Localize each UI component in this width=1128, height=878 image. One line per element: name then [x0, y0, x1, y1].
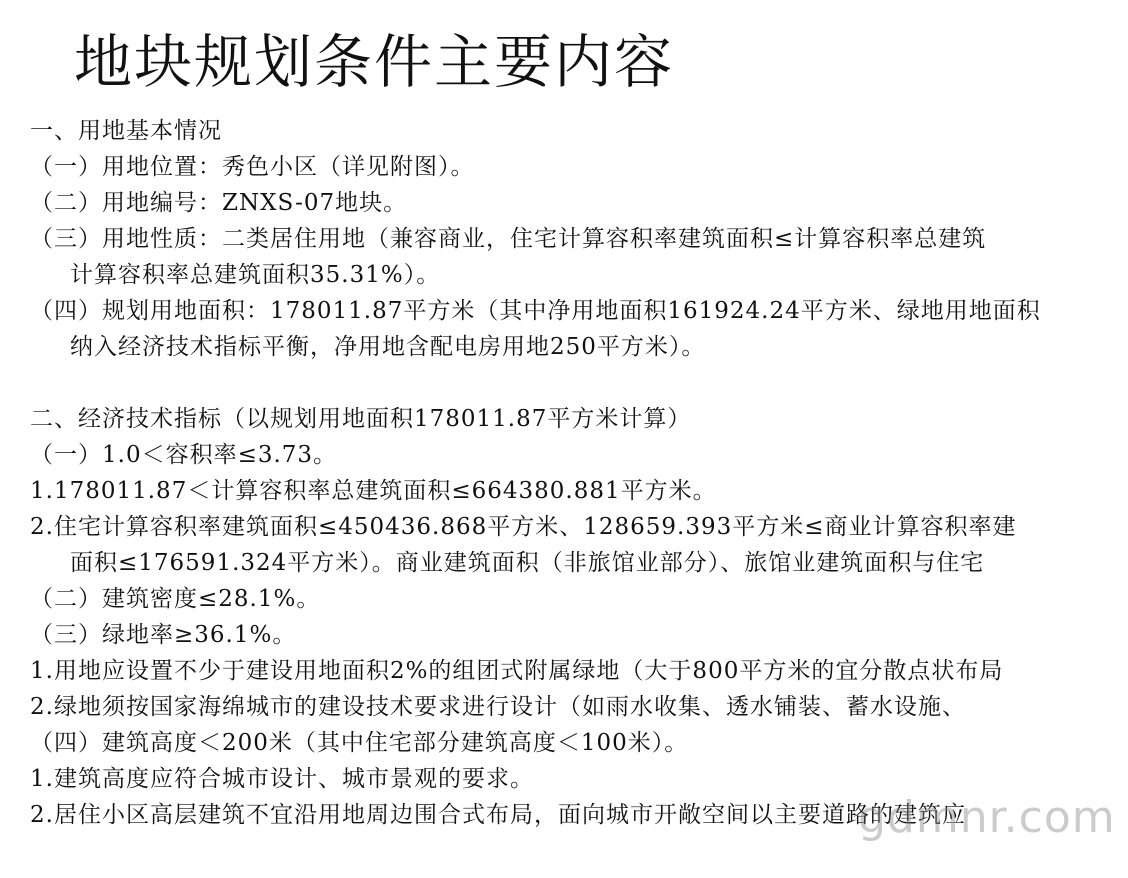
building-density: （二）建筑密度≤28.1%。: [30, 581, 1128, 617]
green-space-item-2: 2.绿地须按国家海绵城市的建设技术要求进行设计（如雨水收集、透水铺装、蓄水设施、: [30, 689, 1128, 725]
land-code: （二）用地编号：ZNXS-07地块。: [30, 185, 1128, 221]
land-location: （一）用地位置：秀色小区（详见附图）。: [30, 149, 1128, 185]
building-height: （四）建筑高度＜200米（其中住宅部分建筑高度＜100米）。: [30, 725, 1128, 761]
green-space-item-1: 1.用地应设置不少于建设用地面积2%的组团式附属绿地（大于800平方米的宜分散点…: [30, 653, 1128, 689]
green-ratio: （三）绿地率≥36.1%。: [30, 617, 1128, 653]
watermark: gdmnr.com: [858, 792, 1116, 843]
section-heading-economic-indicators: 二、经济技术指标（以规划用地面积178011.87平方米计算）: [30, 401, 1128, 437]
page-title: 地块规划条件主要内容: [74, 24, 674, 100]
floor-area-ratio: （一）1.0＜容积率≤3.73。: [30, 437, 1128, 473]
planned-land-area: （四）规划用地面积：178011.87平方米（其中净用地面积161924.24平…: [30, 293, 1128, 329]
residential-floor-area-item: 2.住宅计算容积率建筑面积≤450436.868平方米、128659.393平方…: [30, 509, 1128, 545]
blank-line: [30, 365, 1128, 401]
section-heading-basic-info: 一、用地基本情况: [30, 113, 1128, 149]
planned-land-area-continued: 纳入经济技术指标平衡，净用地含配电房用地250平方米）。: [30, 329, 1128, 365]
land-use-nature-continued: 计算容积率总建筑面积35.31%）。: [30, 257, 1128, 293]
document-body: 一、用地基本情况 （一）用地位置：秀色小区（详见附图）。 （二）用地编号：ZNX…: [30, 113, 1128, 833]
land-use-nature: （三）用地性质：二类居住用地（兼容商业，住宅计算容积率建筑面积≤计算容积率总建筑: [30, 221, 1128, 257]
total-floor-area-item: 1.178011.87＜计算容积率总建筑面积≤664380.881平方米。: [30, 473, 1128, 509]
residential-floor-area-continued: 面积≤176591.324平方米）。商业建筑面积（非旅馆业部分）、旅馆业建筑面积…: [30, 545, 1128, 581]
